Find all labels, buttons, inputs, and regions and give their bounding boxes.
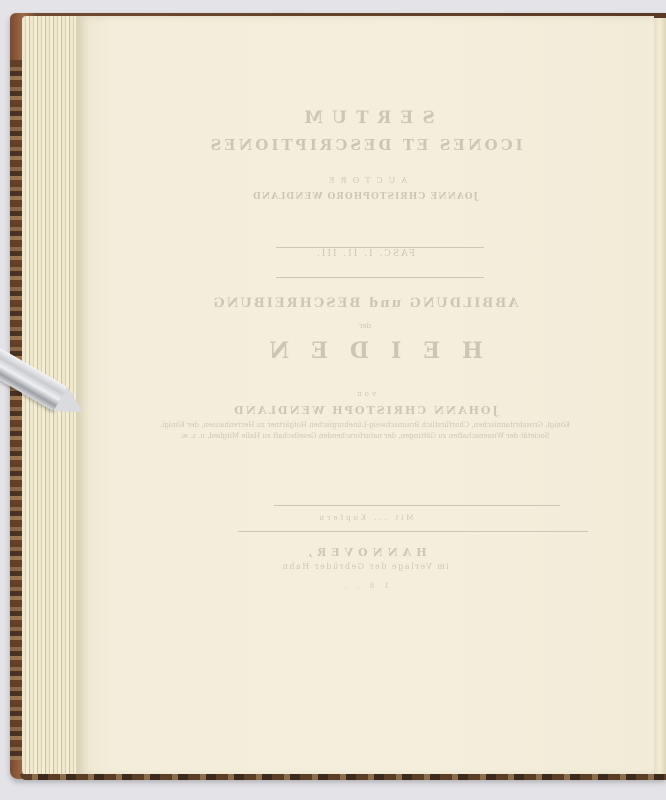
von-line: von <box>76 390 654 398</box>
german-title: ABBILDUNG und BESCHREIBUNG <box>76 296 654 311</box>
reverse-side-showthrough: SERTUM ICONES ET DESCRIPTIONES AUCTORE J… <box>76 16 654 776</box>
author-line-latin: JOANNE CHRISTOPHORO WENDLAND <box>76 192 654 202</box>
title-line-2: ICONES ET DESCRIPTIONES <box>76 136 654 154</box>
german-author: JOHANN CHRISTOPH WENDLAND <box>76 404 654 417</box>
german-subject: HEIDEN <box>76 338 654 364</box>
imprint-city: HANNOVER, <box>76 546 654 559</box>
author-credentials: Königl. Grossbritannischen, Churfürstlic… <box>76 420 654 442</box>
imprint-year: 1 8 . . <box>76 582 654 590</box>
divider-rule <box>238 531 588 532</box>
conjunction-line: AUCTORE <box>76 176 654 185</box>
divider-rule <box>274 505 560 506</box>
imprint-publisher: im Verlage der Gebrüder Hahn <box>76 562 654 571</box>
divider-rule <box>276 247 484 248</box>
page-edge-right <box>654 18 666 776</box>
title-line-1: SERTUM <box>76 108 654 128</box>
divider-rule <box>276 277 484 278</box>
german-der: der <box>76 322 654 330</box>
fascicle-line: FASC. I. II. III. <box>76 249 654 259</box>
section-line: Mit ... Kupfern <box>76 514 654 522</box>
